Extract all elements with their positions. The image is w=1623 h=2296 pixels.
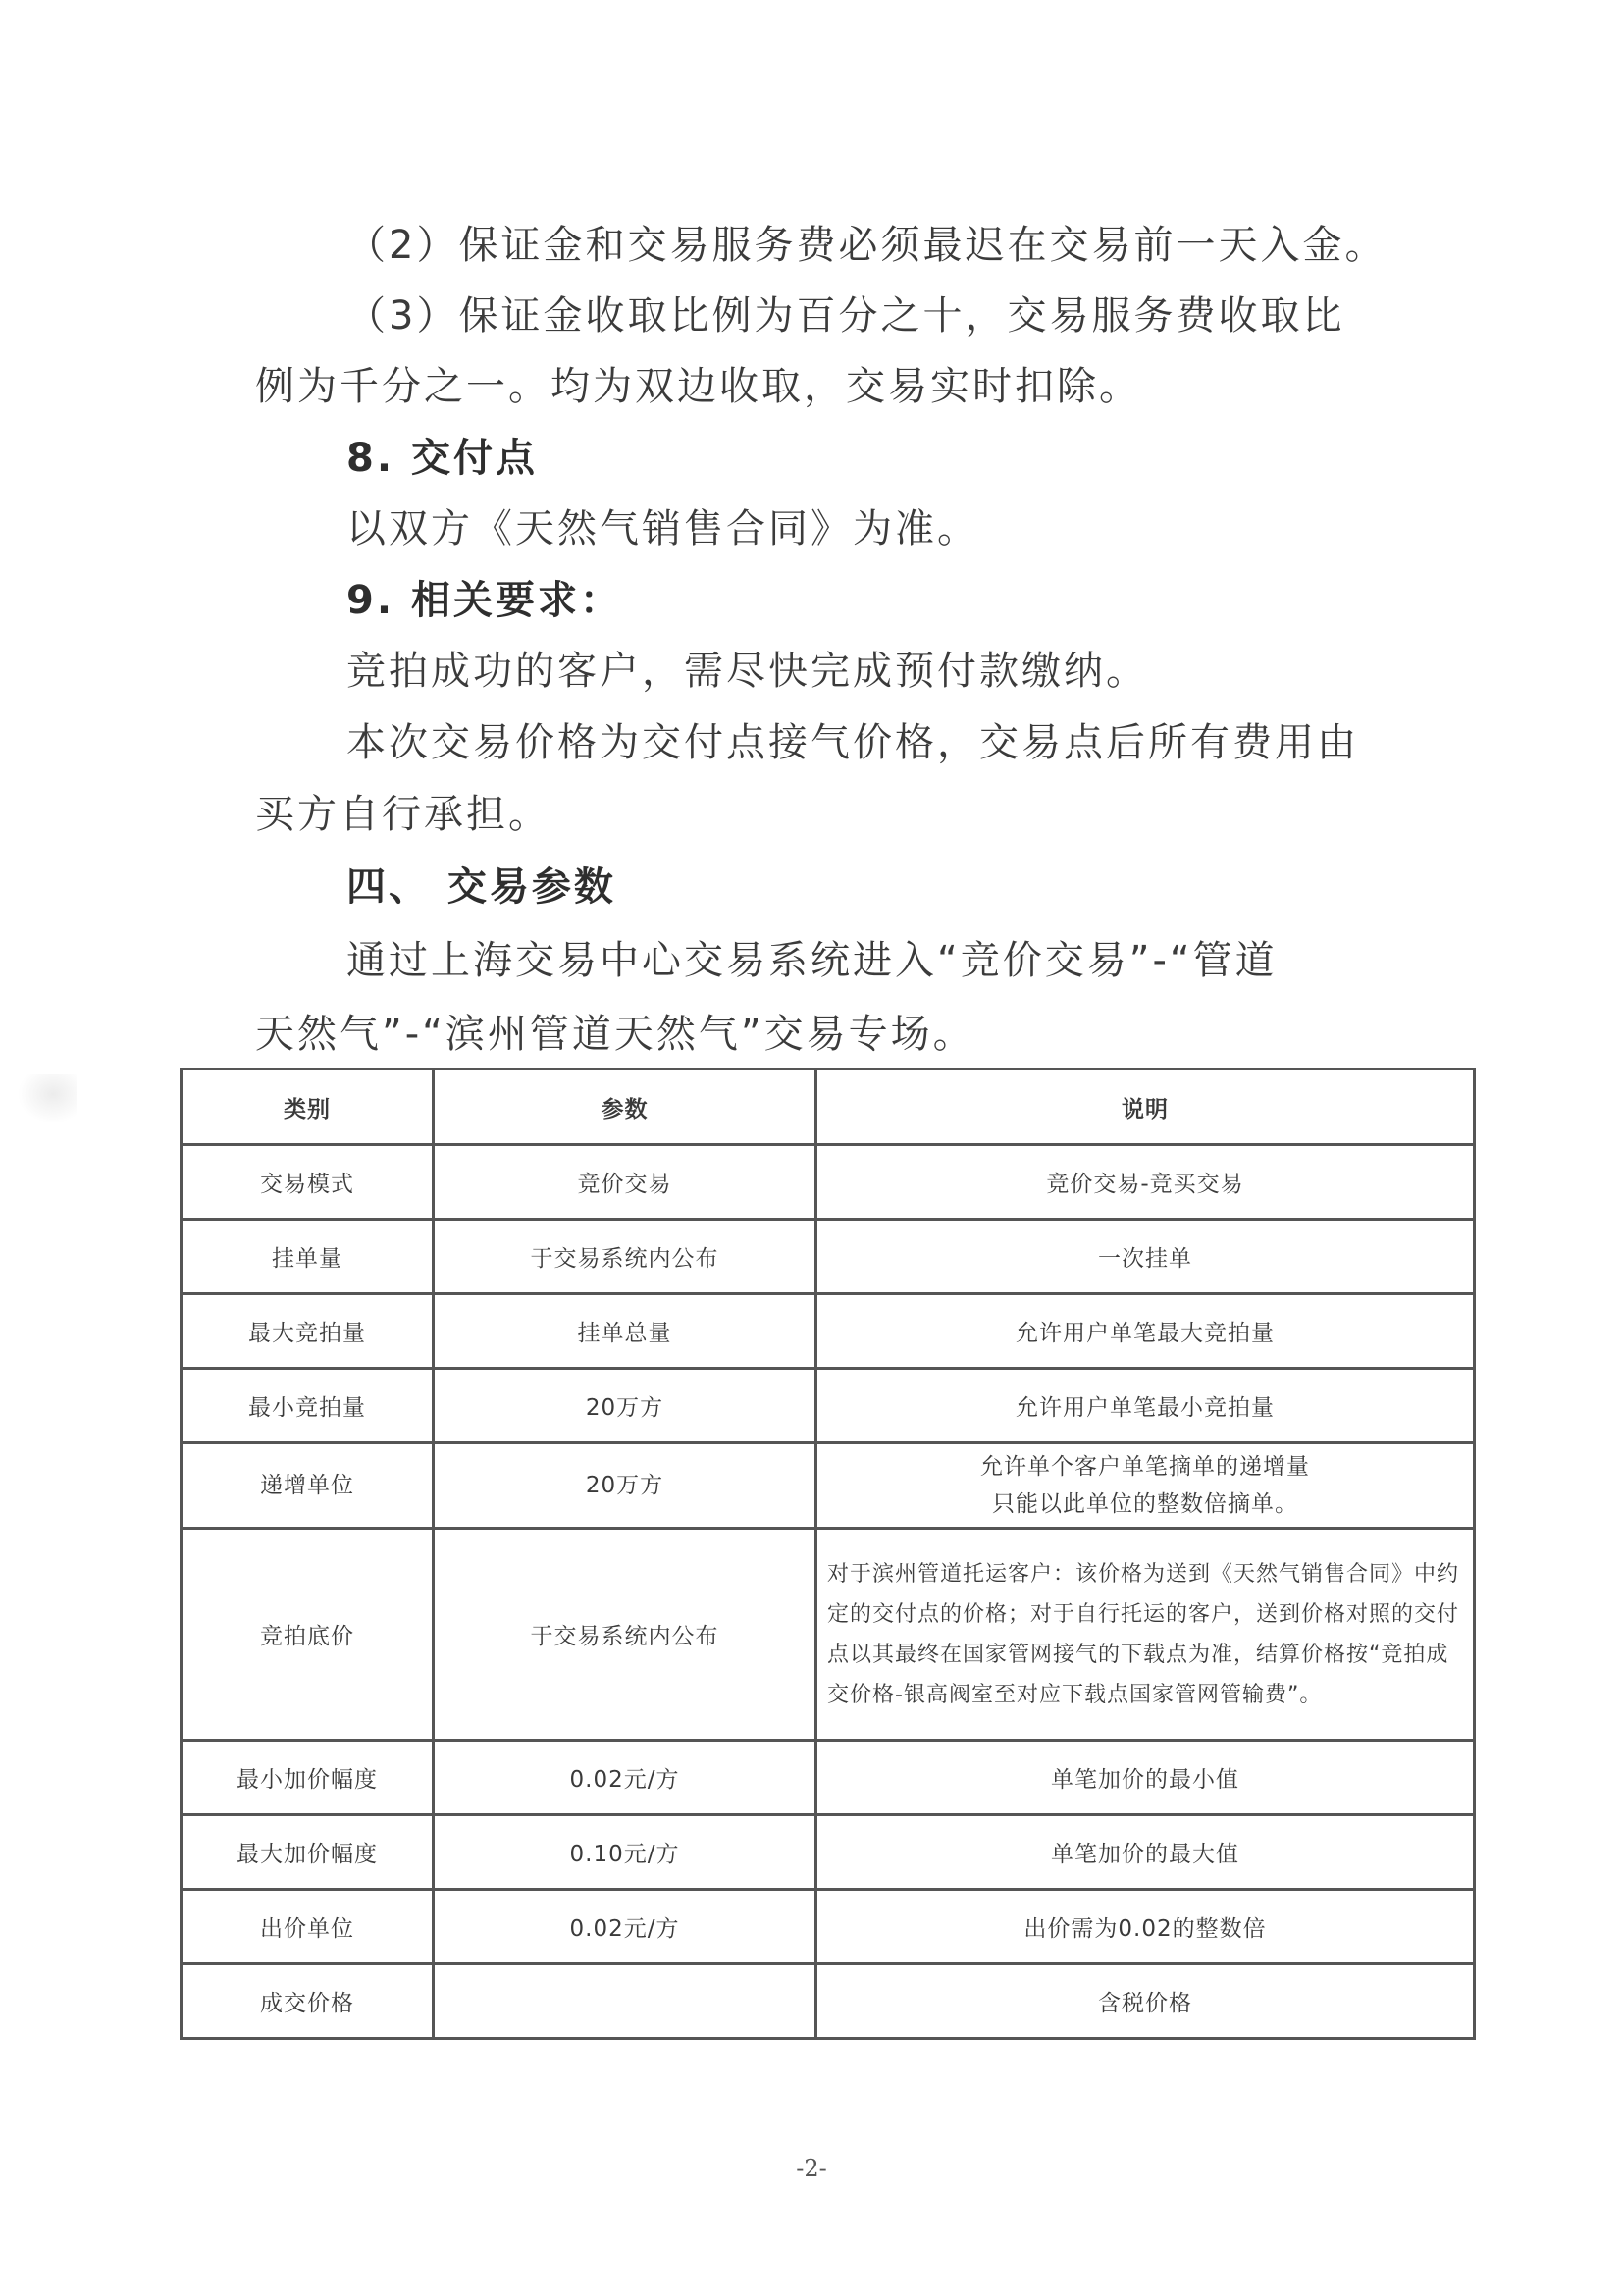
cell-category: 最小竞拍量 [182,1369,434,1443]
section-heading-requirements: 9. 相关要求： [346,577,622,624]
table-row: 最小加价幅度 0.02元/方 单笔加价的最小值 [182,1741,1475,1815]
paragraph-prepayment: 竞拍成功的客户，需尽快完成预付款缴纳。 [346,648,1148,695]
description-line: 允许单个客户单笔摘单的递增量 [827,1448,1463,1486]
cell-parameter: 竞价交易 [434,1145,816,1220]
cell-description: 单笔加价的最小值 [816,1741,1475,1815]
cell-description: 允许用户单笔最小竞拍量 [816,1369,1475,1443]
cell-category: 最小加价幅度 [182,1741,434,1815]
table-row: 挂单量 于交易系统内公布 一次挂单 [182,1220,1475,1294]
paragraph-fee-ratio-2: 例为千分之一。均为双边收取，交易实时扣除。 [255,363,1141,410]
paragraph-system-entry-1: 通过上海交易中心交易系统进入“竞价交易”-“管道 [346,937,1278,984]
cell-description: 一次挂单 [816,1220,1475,1294]
table-header-row: 类别 参数 说明 [182,1070,1475,1145]
paragraph-price-basis-1: 本次交易价格为交付点接气价格，交易点后所有费用由 [346,719,1359,766]
scan-artifact [18,1074,77,1123]
cell-description: 竞价交易-竞买交易 [816,1145,1475,1220]
cell-description: 允许用户单笔最大竞拍量 [816,1294,1475,1369]
cell-parameter: 于交易系统内公布 [434,1529,816,1741]
cell-category: 交易模式 [182,1145,434,1220]
header-parameter: 参数 [434,1070,816,1145]
cell-category: 成交价格 [182,1964,434,2039]
cell-description: 含税价格 [816,1964,1475,2039]
header-description: 说明 [816,1070,1475,1145]
cell-parameter: 0.10元/方 [434,1815,816,1890]
paragraph-system-entry-2: 天然气”-“滨州管道天然气”交易专场。 [255,1011,975,1058]
cell-parameter: 于交易系统内公布 [434,1220,816,1294]
trade-parameters-table: 类别 参数 说明 交易模式 竞价交易 竞价交易-竞买交易 挂单量 于交易系统内公… [180,1068,1476,2040]
cell-description: 出价需为0.02的整数倍 [816,1890,1475,1964]
cell-category: 出价单位 [182,1890,434,1964]
cell-parameter: 0.02元/方 [434,1890,816,1964]
cell-category: 最大加价幅度 [182,1815,434,1890]
table-row: 竞拍底价 于交易系统内公布 对于滨州管道托运客户：该价格为送到《天然气销售合同》… [182,1529,1475,1741]
cell-parameter: 20万方 [434,1369,816,1443]
document-page: （2）保证金和交易服务费必须最迟在交易前一天入金。 （3）保证金收取比例为百分之… [0,0,1623,2296]
cell-description: 对于滨州管道托运客户：该价格为送到《天然气销售合同》中约定的交付点的价格；对于自… [816,1529,1475,1741]
paragraph-delivery-point: 以双方《天然气销售合同》为准。 [346,505,979,552]
description-line: 只能以此单位的整数倍摘单。 [827,1486,1463,1523]
table-row: 递增单位 20万方 允许单个客户单笔摘单的递增量 只能以此单位的整数倍摘单。 [182,1443,1475,1529]
cell-category: 竞拍底价 [182,1529,434,1741]
page-number: -2- [0,2155,1623,2182]
table-row: 出价单位 0.02元/方 出价需为0.02的整数倍 [182,1890,1475,1964]
cell-parameter: 0.02元/方 [434,1741,816,1815]
cell-description: 允许单个客户单笔摘单的递增量 只能以此单位的整数倍摘单。 [816,1443,1475,1529]
header-category: 类别 [182,1070,434,1145]
cell-parameter [434,1964,816,2039]
section-heading-delivery-point: 8. 交付点 [346,435,538,482]
cell-category: 最大竞拍量 [182,1294,434,1369]
cell-parameter: 挂单总量 [434,1294,816,1369]
cell-description: 单笔加价的最大值 [816,1815,1475,1890]
cell-category: 递增单位 [182,1443,434,1529]
paragraph-deposit-deadline: （2）保证金和交易服务费必须最迟在交易前一天入金。 [346,222,1387,269]
table-row: 成交价格 含税价格 [182,1964,1475,2039]
table-row: 交易模式 竞价交易 竞价交易-竞买交易 [182,1145,1475,1220]
section-heading-trade-params: 四、 交易参数 [346,863,616,911]
table-row: 最小竞拍量 20万方 允许用户单笔最小竞拍量 [182,1369,1475,1443]
cell-category: 挂单量 [182,1220,434,1294]
cell-parameter: 20万方 [434,1443,816,1529]
table-row: 最大加价幅度 0.10元/方 单笔加价的最大值 [182,1815,1475,1890]
paragraph-fee-ratio-1: （3）保证金收取比例为百分之十，交易服务费收取比 [346,292,1344,339]
paragraph-price-basis-2: 买方自行承担。 [255,791,550,838]
table-row: 最大竞拍量 挂单总量 允许用户单笔最大竞拍量 [182,1294,1475,1369]
